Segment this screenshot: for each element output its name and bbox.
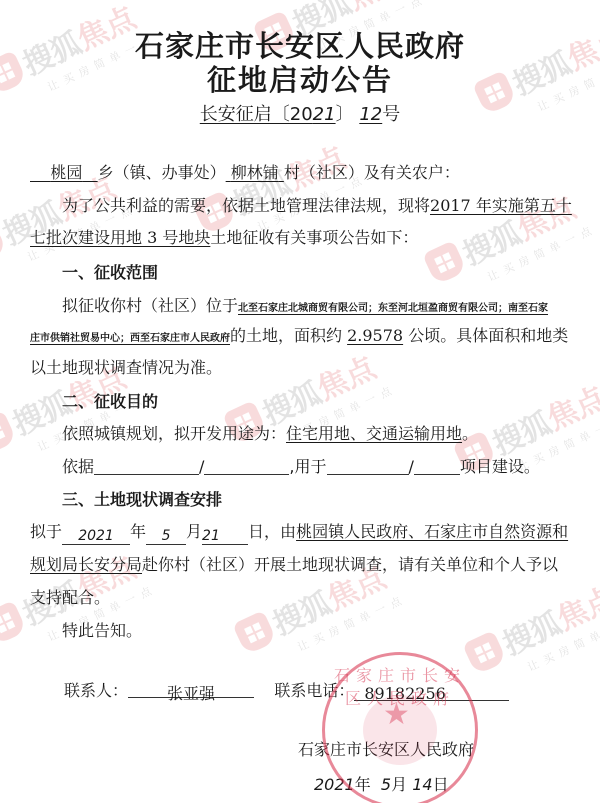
section-2-basis: 依据/,用于/项目建设。 <box>30 454 575 477</box>
section-1-line-2: 庄市供销社贸易中心；西至石家庄市人民政府的土地，面积约 2.9578 公顷。具体… <box>30 323 575 346</box>
basis-blank-1 <box>94 458 199 475</box>
addressee-line: 桃园 乡（镇、办事处） 柳林铺 村（社区）及有关农户： <box>30 160 575 183</box>
section-2-purpose: 依照城镇规划，拟开发用途为：住宅用地、交通运输用地。 <box>30 421 575 444</box>
use-blank-1 <box>327 458 409 475</box>
intro-line-2: 七批次建设用地 3 号地块土地征收有关事项公告如下： <box>30 225 575 248</box>
document-number: 长安征启〔2021〕 12号 <box>0 100 600 126</box>
contact-person: 张亚强 <box>128 681 254 698</box>
basis-blank-2 <box>204 458 289 475</box>
document-body: 石家庄市长安区人民政府 征地启动公告 长安征启〔2021〕 12号 桃园 乡（镇… <box>0 0 600 803</box>
section-3-line-2: 规划局长安分局赴你村（社区）开展土地现状调查，请有关单位和个人予以 <box>30 552 575 575</box>
section-2-heading: 二、征收目的 <box>30 389 600 412</box>
contact-phone: 89182256 <box>354 684 509 701</box>
notice-page: 搜狐焦点让买房简单一点 搜狐焦点让买房简单一点 搜狐焦点让买房简单一点 搜狐焦点… <box>0 0 600 803</box>
issue-date: 2021年 5月 14日 <box>314 772 514 795</box>
use-blank-2 <box>414 458 460 475</box>
intro-line-1: 为了公共利益的需要，依据土地管理法律法规，现将2017 年实施第五十 <box>30 193 575 216</box>
closing-text: 特此告知。 <box>30 618 600 641</box>
section-3-line-3: 支持配合。 <box>30 585 575 608</box>
contact-line: 联系人：张亚强 联系电话：89182256 <box>30 678 600 701</box>
section-1-heading: 一、征收范围 <box>30 260 600 283</box>
section-1-note: 以土地现状调查情况为准。 <box>30 355 575 378</box>
issuer-name: 石家庄市长安区人民政府 <box>298 737 518 760</box>
section-3-line-1: 拟于2021年5月21日，由桃园镇人民政府、石家庄市自然资源和 <box>30 519 575 545</box>
title-line-2: 征地启动公告 <box>0 58 600 99</box>
section-1-line-1: 拟征收你村（社区）位于北至石家庄北城商贸有限公司；东至河北垣盈商贸有限公司；南至… <box>30 293 575 316</box>
section-3-heading: 三、土地现状调查安排 <box>30 487 600 510</box>
